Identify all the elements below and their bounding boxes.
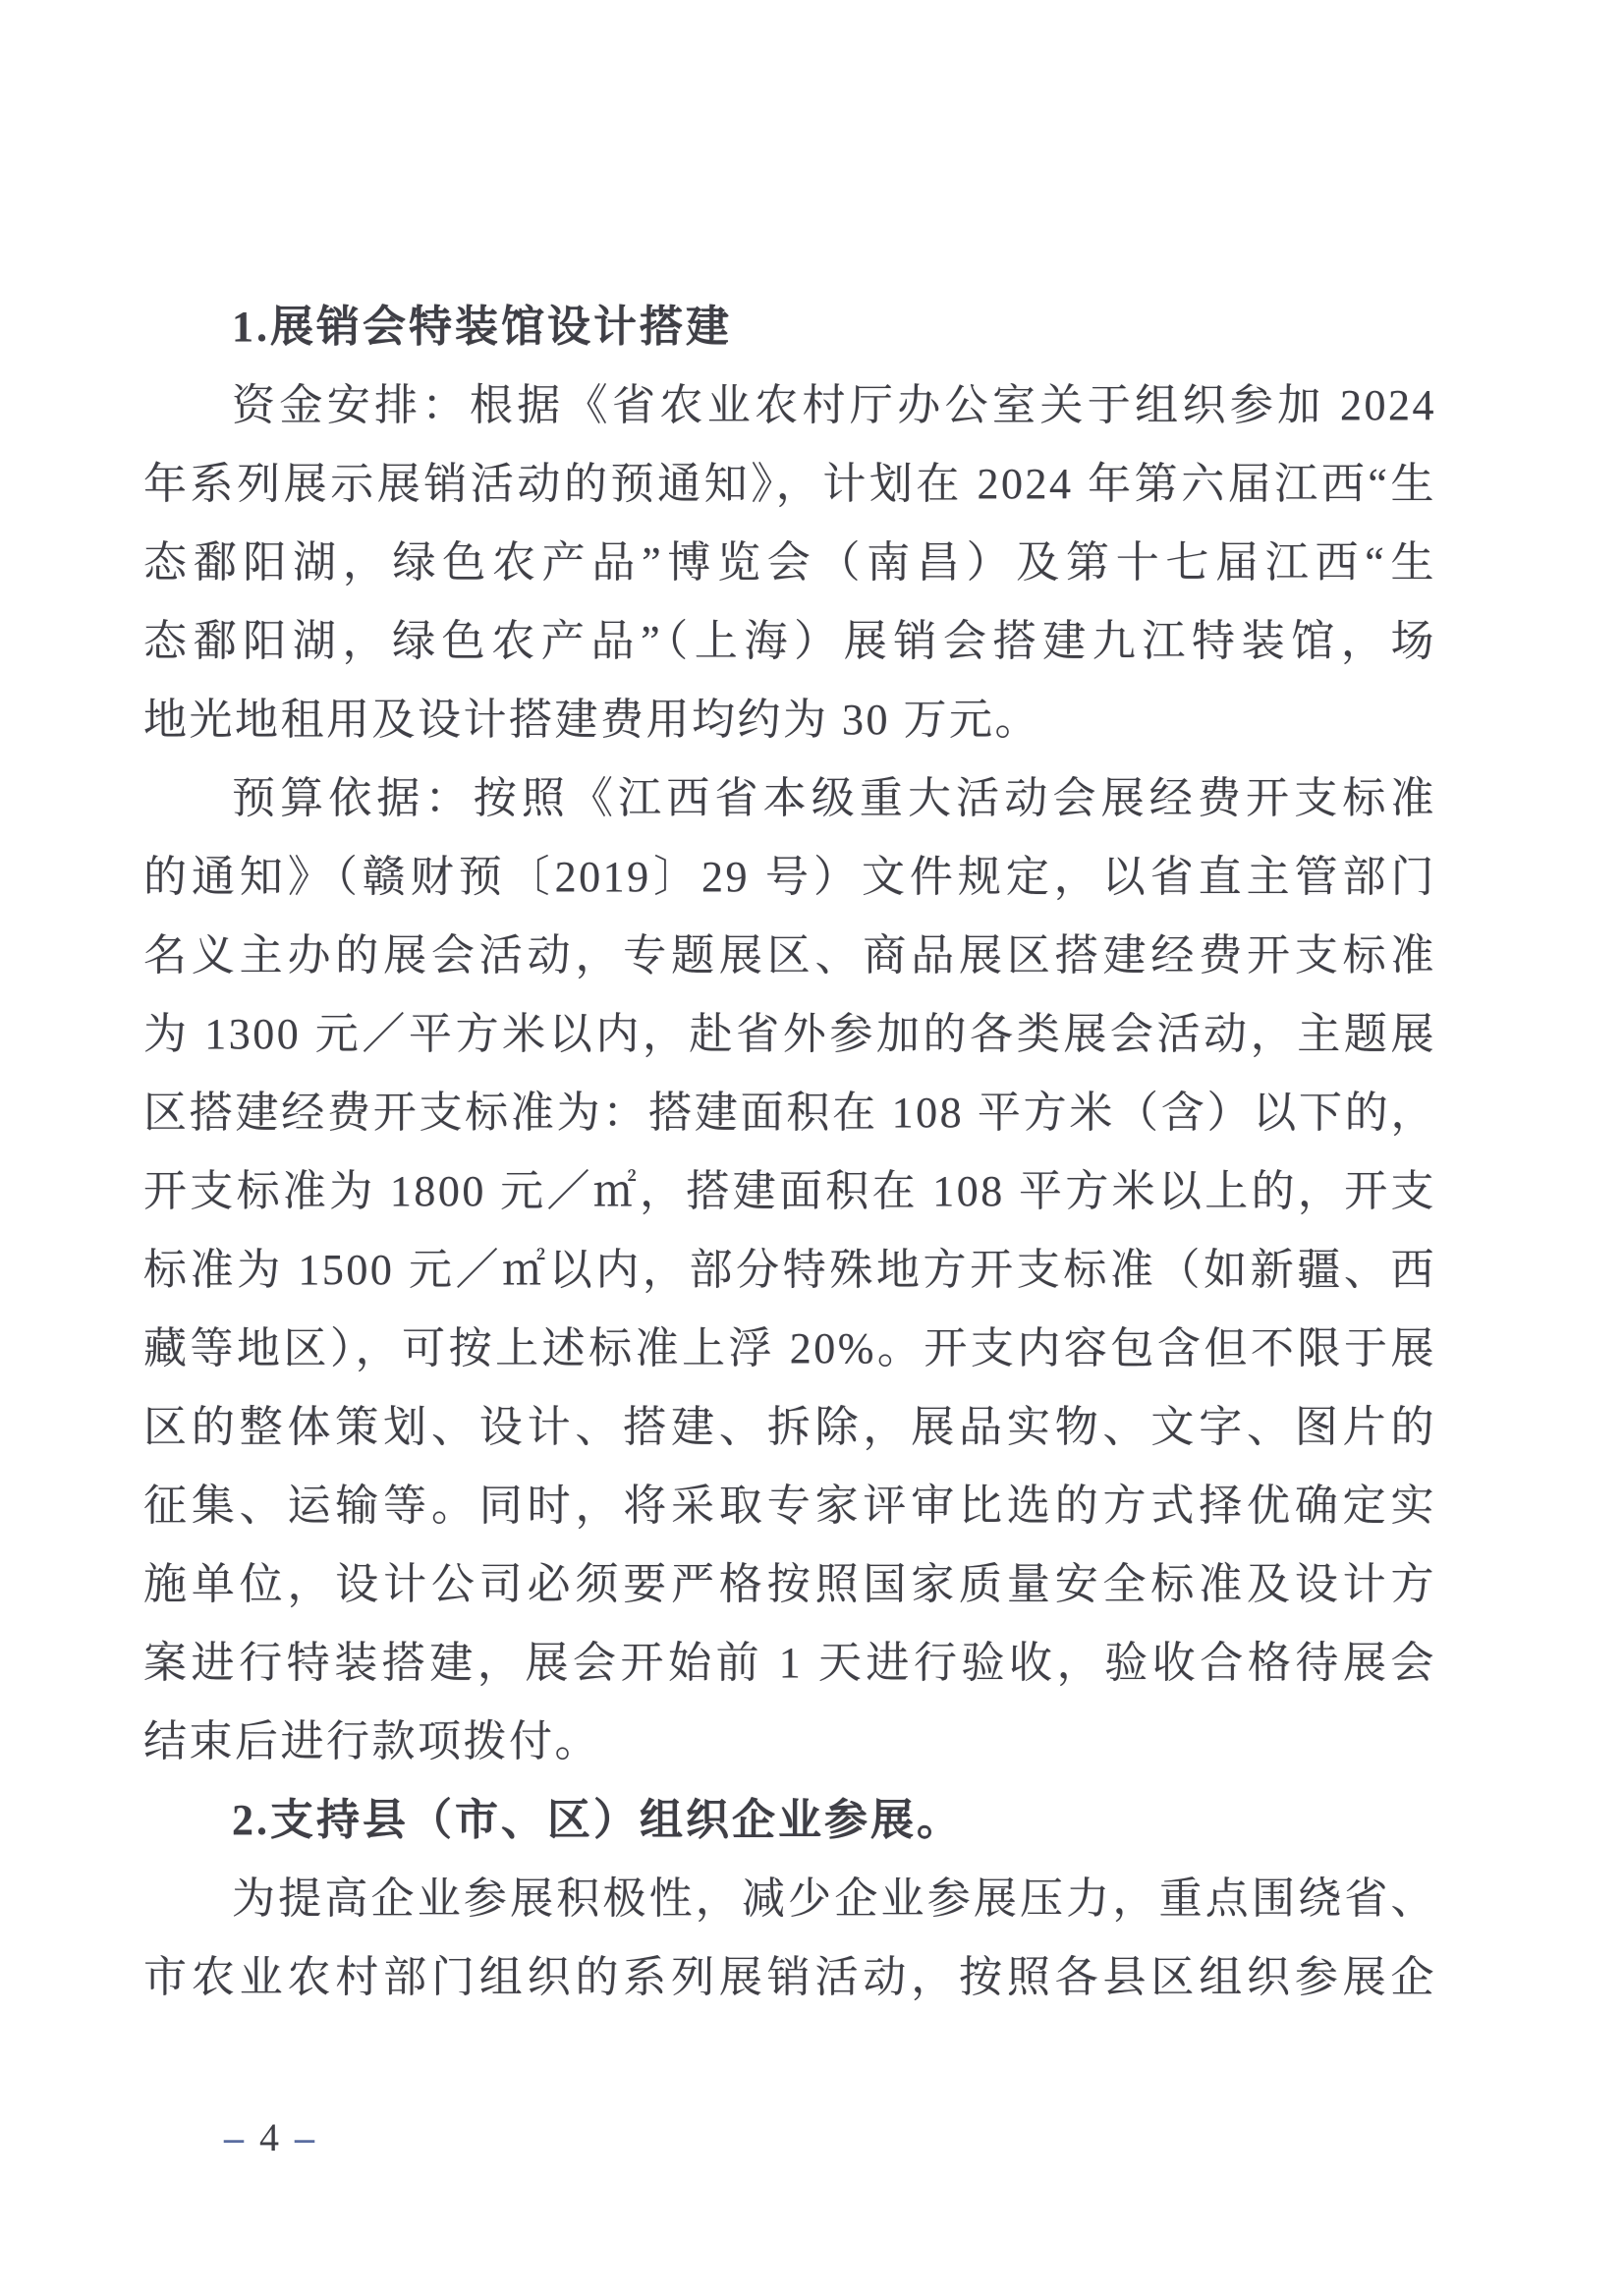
section-heading-1: 1.展销会特装馆设计搭建 [143, 288, 1436, 366]
paragraph-1-line: 资金安排：根据《省农业农村厅办公室关于组织参加 2024 [143, 366, 1436, 445]
paragraph-2-line: 区的整体策划、设计、搭建、拆除，展品实物、文字、图片的 [143, 1388, 1436, 1467]
paragraph-1-line: 态鄱阳湖，绿色农产品”（上海）展销会搭建九江特装馆，场 [143, 602, 1436, 681]
paragraph-1-line: 态鄱阳湖，绿色农产品”博览会（南昌）及第十七届江西“生 [143, 524, 1436, 602]
paragraph-2-line: 开支标准为 1800 元／㎡，搭建面积在 108 平方米以上的，开支 [143, 1152, 1436, 1231]
paragraph-2-line: 藏等地区），可按上述标准上浮 20%。开支内容包含但不限于展 [143, 1310, 1436, 1388]
page-number-dash-left: – [224, 2115, 244, 2159]
paragraph-2-line: 名义主办的展会活动，专题展区、商品展区搭建经费开支标准 [143, 917, 1436, 995]
page-number-value: 4 [259, 2115, 279, 2159]
paragraph-1-line: 地光地租用及设计搭建费用均约为 30 万元。 [143, 681, 1436, 759]
paragraph-2-line: 结束后进行款项拨付。 [143, 1703, 1436, 1781]
paragraph-1-line: 年系列展示展销活动的预通知》，计划在 2024 年第六届江西“生 [143, 445, 1436, 524]
document-body: 1.展销会特装馆设计搭建 资金安排：根据《省农业农村厅办公室关于组织参加 202… [143, 288, 1436, 2017]
paragraph-2-line: 区搭建经费开支标准为：搭建面积在 108 平方米（含）以下的， [143, 1074, 1436, 1152]
paragraph-2-line: 征集、运输等。同时，将采取专家评审比选的方式择优确定实 [143, 1467, 1436, 1545]
paragraph-2-line: 预算依据：按照《江西省本级重大活动会展经费开支标准 [143, 759, 1436, 838]
page-number-dash-right: – [295, 2115, 314, 2159]
paragraph-2-line: 施单位，设计公司必须要严格按照国家质量安全标准及设计方 [143, 1545, 1436, 1624]
section-heading-2: 2.支持县（市、区）组织企业参展。 [143, 1781, 1436, 1860]
paragraph-3-line: 市农业农村部门组织的系列展销活动，按照各县区组织参展企 [143, 1938, 1436, 2017]
paragraph-2-line: 为 1300 元／平方米以内，赴省外参加的各类展会活动，主题展 [143, 995, 1436, 1074]
paragraph-3-line: 为提高企业参展积极性，减少企业参展压力，重点围绕省、 [143, 1860, 1436, 1938]
page-number: –4– [208, 2099, 330, 2177]
paragraph-2-line: 的通知》（赣财预〔2019〕29 号）文件规定，以省直主管部门 [143, 838, 1436, 917]
paragraph-2-line: 标准为 1500 元／㎡以内，部分特殊地方开支标准（如新疆、西 [143, 1231, 1436, 1310]
paragraph-2-line: 案进行特装搭建，展会开始前 1 天进行验收，验收合格待展会 [143, 1624, 1436, 1703]
